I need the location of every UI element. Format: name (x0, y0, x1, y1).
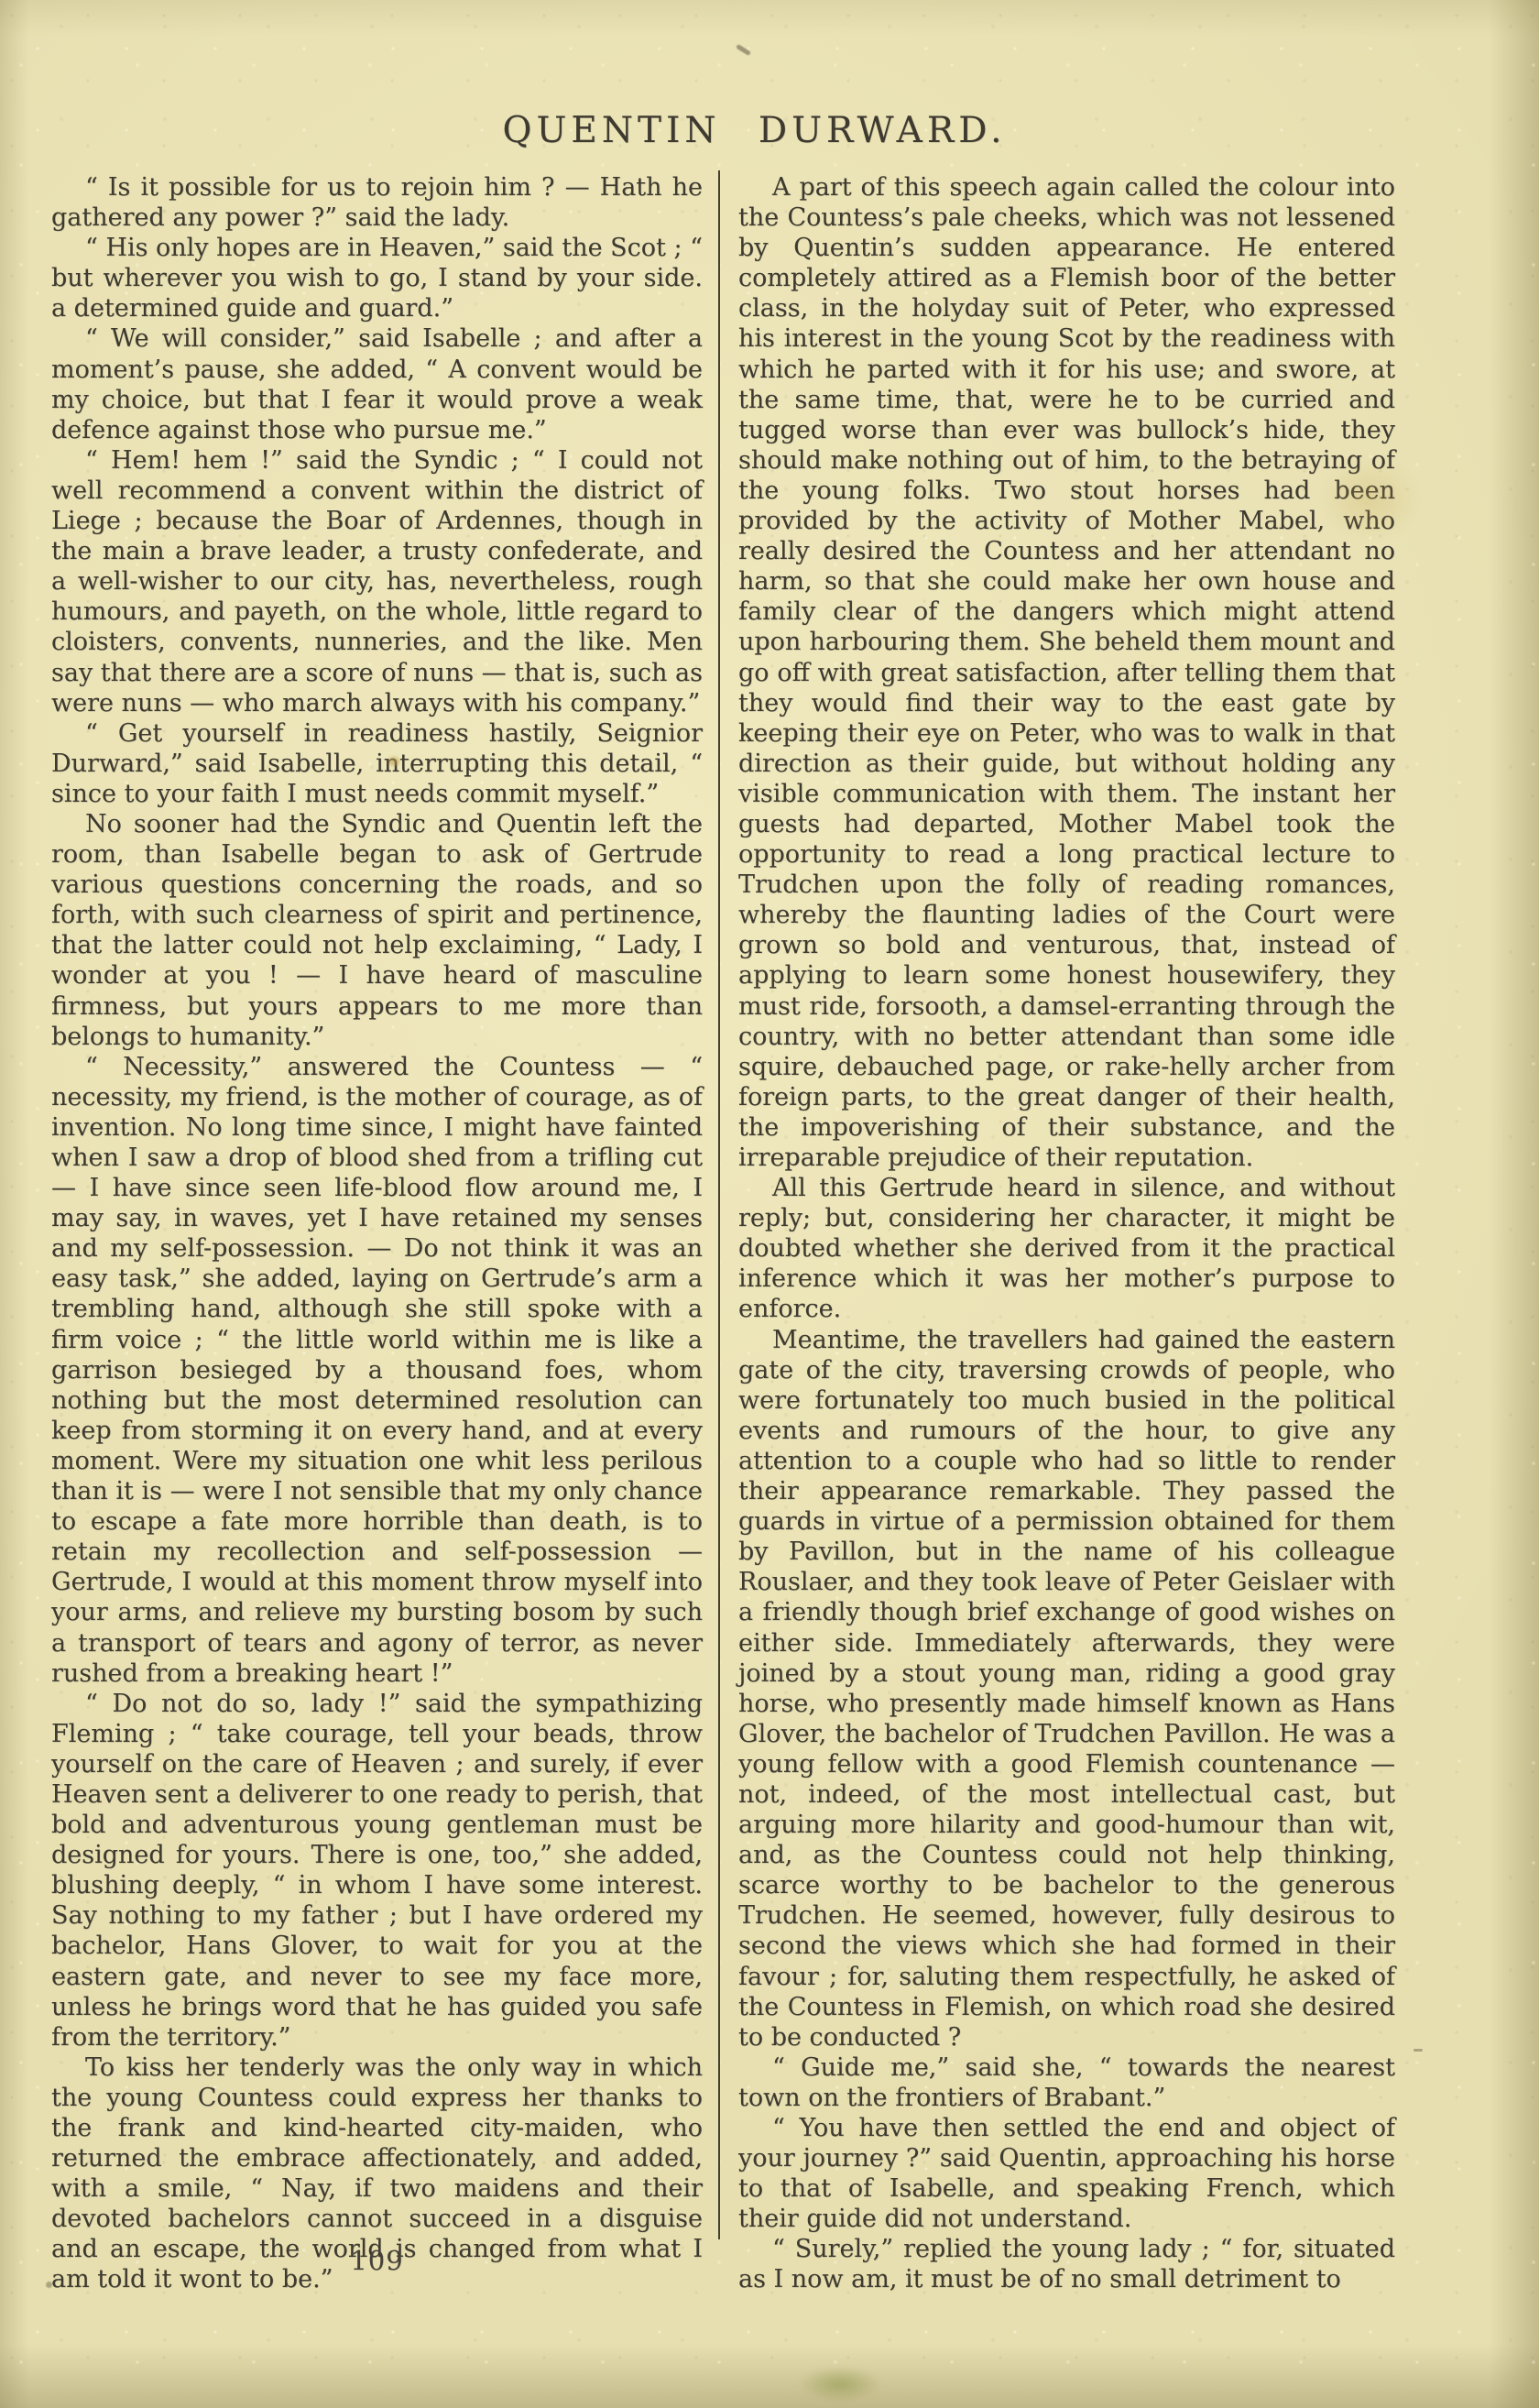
paragraph: “ Hem! hem !” said the Syndic ; “ I coul… (51, 445, 703, 718)
ink-slash-mark (736, 44, 751, 56)
paragraph: “ Is it possible for us to rejoin him ? … (51, 172, 703, 233)
ink-speck (1413, 2049, 1423, 2052)
paper-stain-small (388, 757, 399, 766)
right-column: A part of this speech again called the c… (738, 172, 1395, 2295)
ink-speck (46, 2282, 52, 2288)
paragraph: “ Necessity,” answered the Countess — “ … (51, 1052, 703, 1689)
paragraph: “ His only hopes are in Heaven,” said th… (51, 233, 703, 323)
page-title: QUENTIN DURWARD. (52, 110, 1425, 151)
paragraph: “ We will consider,” said Isabelle ; and… (51, 323, 703, 444)
page-number: 109 (51, 2245, 703, 2276)
paragraph: “ You have then settled the end and obje… (738, 2113, 1395, 2234)
book-page-scan: { "title": "QUENTIN DURWARD.", "page_num… (0, 0, 1539, 2408)
paragraph: “ Get yourself in readiness hastily, Sei… (51, 718, 703, 809)
paragraph: “ Surely,” replied the young lady ; “ fo… (738, 2234, 1395, 2294)
column-divider-rule (718, 170, 720, 2239)
green-smudge (799, 2366, 881, 2403)
paragraph: A part of this speech again called the c… (738, 172, 1395, 1173)
left-column: “ Is it possible for us to rejoin him ? … (51, 172, 703, 2295)
paragraph: All this Gertrude heard in silence, and … (738, 1173, 1395, 1324)
paragraph: “ Guide me,” said she, “ towards the nea… (738, 2052, 1395, 2113)
paper-stain (1319, 458, 1420, 541)
paragraph: Meantime, the travellers had gained the … (738, 1325, 1395, 2052)
paragraph: “ Do not do so, lady !” said the sympath… (51, 1689, 703, 2052)
paragraph: No sooner had the Syndic and Quentin lef… (51, 809, 703, 1052)
